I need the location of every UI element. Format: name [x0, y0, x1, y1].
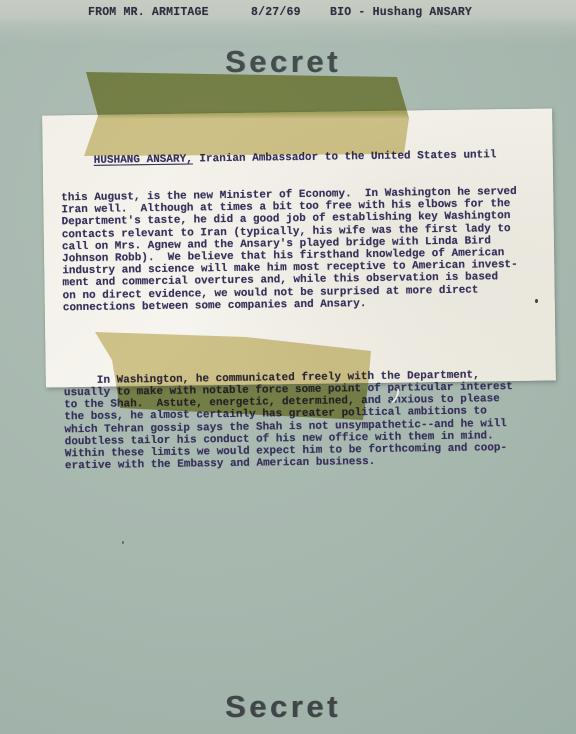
dust-speck [122, 541, 124, 544]
memo-text: HUSHANG ANSARY, Iranian Ambassador to th… [60, 125, 547, 498]
secret-stamp-top: Secret [225, 46, 341, 77]
tape-top [78, 72, 412, 156]
header-date: 8/27/69 [251, 6, 301, 19]
paragraph-indent [61, 155, 94, 167]
document-scan: FROM MR. ARMITAGE 8/27/69 BIO - Hushang … [0, 0, 576, 734]
secret-stamp-bottom: Secret [225, 691, 341, 722]
memo-paragraph-1-body: this August, is the new Minister of Econ… [61, 186, 545, 315]
header-subject: BIO - Hushang ANSARY [330, 6, 472, 19]
header-from: FROM MR. ARMITAGE [88, 6, 209, 19]
underlined-subject-name: HUSHANG ANSARY, [94, 154, 193, 167]
ink-speck [535, 299, 538, 303]
document-header: FROM MR. ARMITAGE 8/27/69 BIO - Hushang … [0, 0, 576, 24]
